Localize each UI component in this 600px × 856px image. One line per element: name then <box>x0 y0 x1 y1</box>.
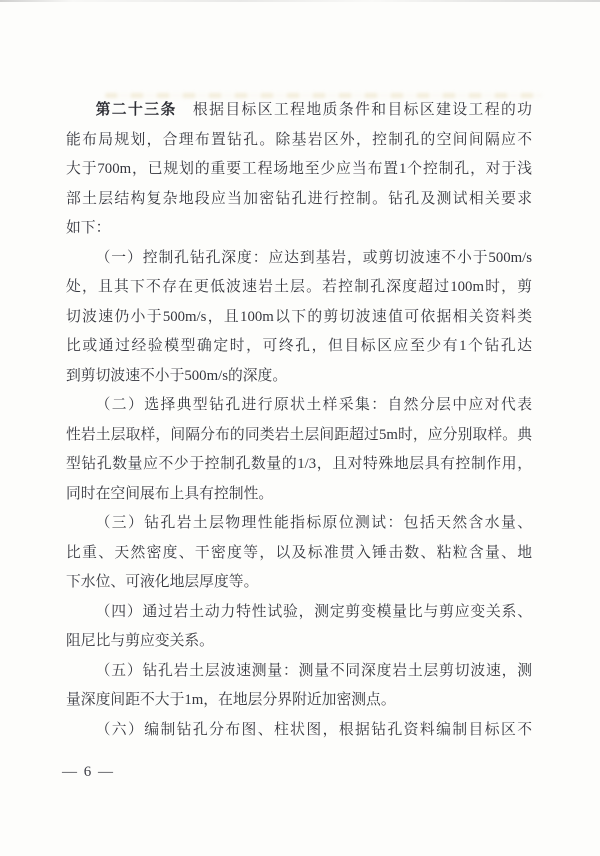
paragraph: （六）编制钻孔分布图、柱状图，根据钻孔资料编制目标区不 <box>66 716 532 746</box>
paragraph: （一）控制孔钻孔深度：应达到基岩，或剪切波速不小于500m/s处，且其下不存在更… <box>66 244 532 392</box>
text-line: 第二十三条 根据目标区工程地质条件和目标区建设工程的功 <box>66 96 532 126</box>
text-line: 到剪切波速不小于500m/s的深度。 <box>66 362 532 392</box>
text-line: （二）选择典型钻孔进行原状土样采集：自然分层中应对代表 <box>66 391 532 421</box>
text-line: 部土层结构复杂地段应当加密钻孔进行控制。钻孔及测试相关要求 <box>66 185 532 215</box>
text-line: 下水位、可液化地层厚度等。 <box>66 568 532 598</box>
text-line: 如下： <box>66 214 532 244</box>
text-line: 阻尼比与剪应变关系。 <box>66 627 532 657</box>
page-number: — 6 — <box>62 762 115 782</box>
text-line: 切波速仍小于500m/s，且100m以下的剪切波速值可依据相关资料类 <box>66 303 532 333</box>
text-line: 型钻孔数量应不少于控制孔数量的1/3，且对特殊地层具有控制作用， <box>66 450 532 480</box>
text-line: 大于700m，已规划的重要工程场地至少应当布置1个控制孔，对于浅 <box>66 155 532 185</box>
paragraph: 第二十三条 根据目标区工程地质条件和目标区建设工程的功能布局规划，合理布置钻孔。… <box>66 96 532 244</box>
text-line: 比或通过经验模型确定时，可终孔，但目标区应至少有1个钻孔达 <box>66 332 532 362</box>
text-line: 性岩土层取样，间隔分布的同类岩土层间距超过5m时，应分别取样。典 <box>66 421 532 451</box>
scan-edge-artifact <box>0 0 600 2</box>
text-line: （五）钻孔岩土层波速测量：测量不同深度岩土层剪切波速，测 <box>66 657 532 687</box>
document-body: 第二十三条 根据目标区工程地质条件和目标区建设工程的功能布局规划，合理布置钻孔。… <box>66 96 532 745</box>
scanned-document-page: 第二十三条 根据目标区工程地质条件和目标区建设工程的功能布局规划，合理布置钻孔。… <box>0 0 600 856</box>
paragraph: （三）钻孔岩土层物理性能指标原位测试：包括天然含水量、比重、天然密度、干密度等，… <box>66 509 532 598</box>
text-line: 处，且其下不存在更低波速岩土层。若控制孔深度超过100m时，剪 <box>66 273 532 303</box>
paragraph: （五）钻孔岩土层波速测量：测量不同深度岩土层剪切波速，测量深度间距不大于1m，在… <box>66 657 532 716</box>
text-line: 量深度间距不大于1m，在地层分界附近加密测点。 <box>66 686 532 716</box>
text-line: （六）编制钻孔分布图、柱状图，根据钻孔资料编制目标区不 <box>66 716 532 746</box>
article-number: 第二十三条 <box>96 102 177 118</box>
text-line: 同时在空间展布上具有控制性。 <box>66 480 532 510</box>
text-line: （一）控制孔钻孔深度：应达到基岩，或剪切波速不小于500m/s <box>66 244 532 274</box>
paragraph: （二）选择典型钻孔进行原状土样采集：自然分层中应对代表性岩土层取样，间隔分布的同… <box>66 391 532 509</box>
text-line: 比重、天然密度、干密度等，以及标准贯入锤击数、粘粒含量、地 <box>66 539 532 569</box>
text-line: （四）通过岩土动力特性试验，测定剪变模量比与剪应变关系、 <box>66 598 532 628</box>
text-line: （三）钻孔岩土层物理性能指标原位测试：包括天然含水量、 <box>66 509 532 539</box>
paragraph: （四）通过岩土动力特性试验，测定剪变模量比与剪应变关系、阻尼比与剪应变关系。 <box>66 598 532 657</box>
text-line: 能布局规划，合理布置钻孔。除基岩区外，控制孔的空间间隔应不 <box>66 126 532 156</box>
